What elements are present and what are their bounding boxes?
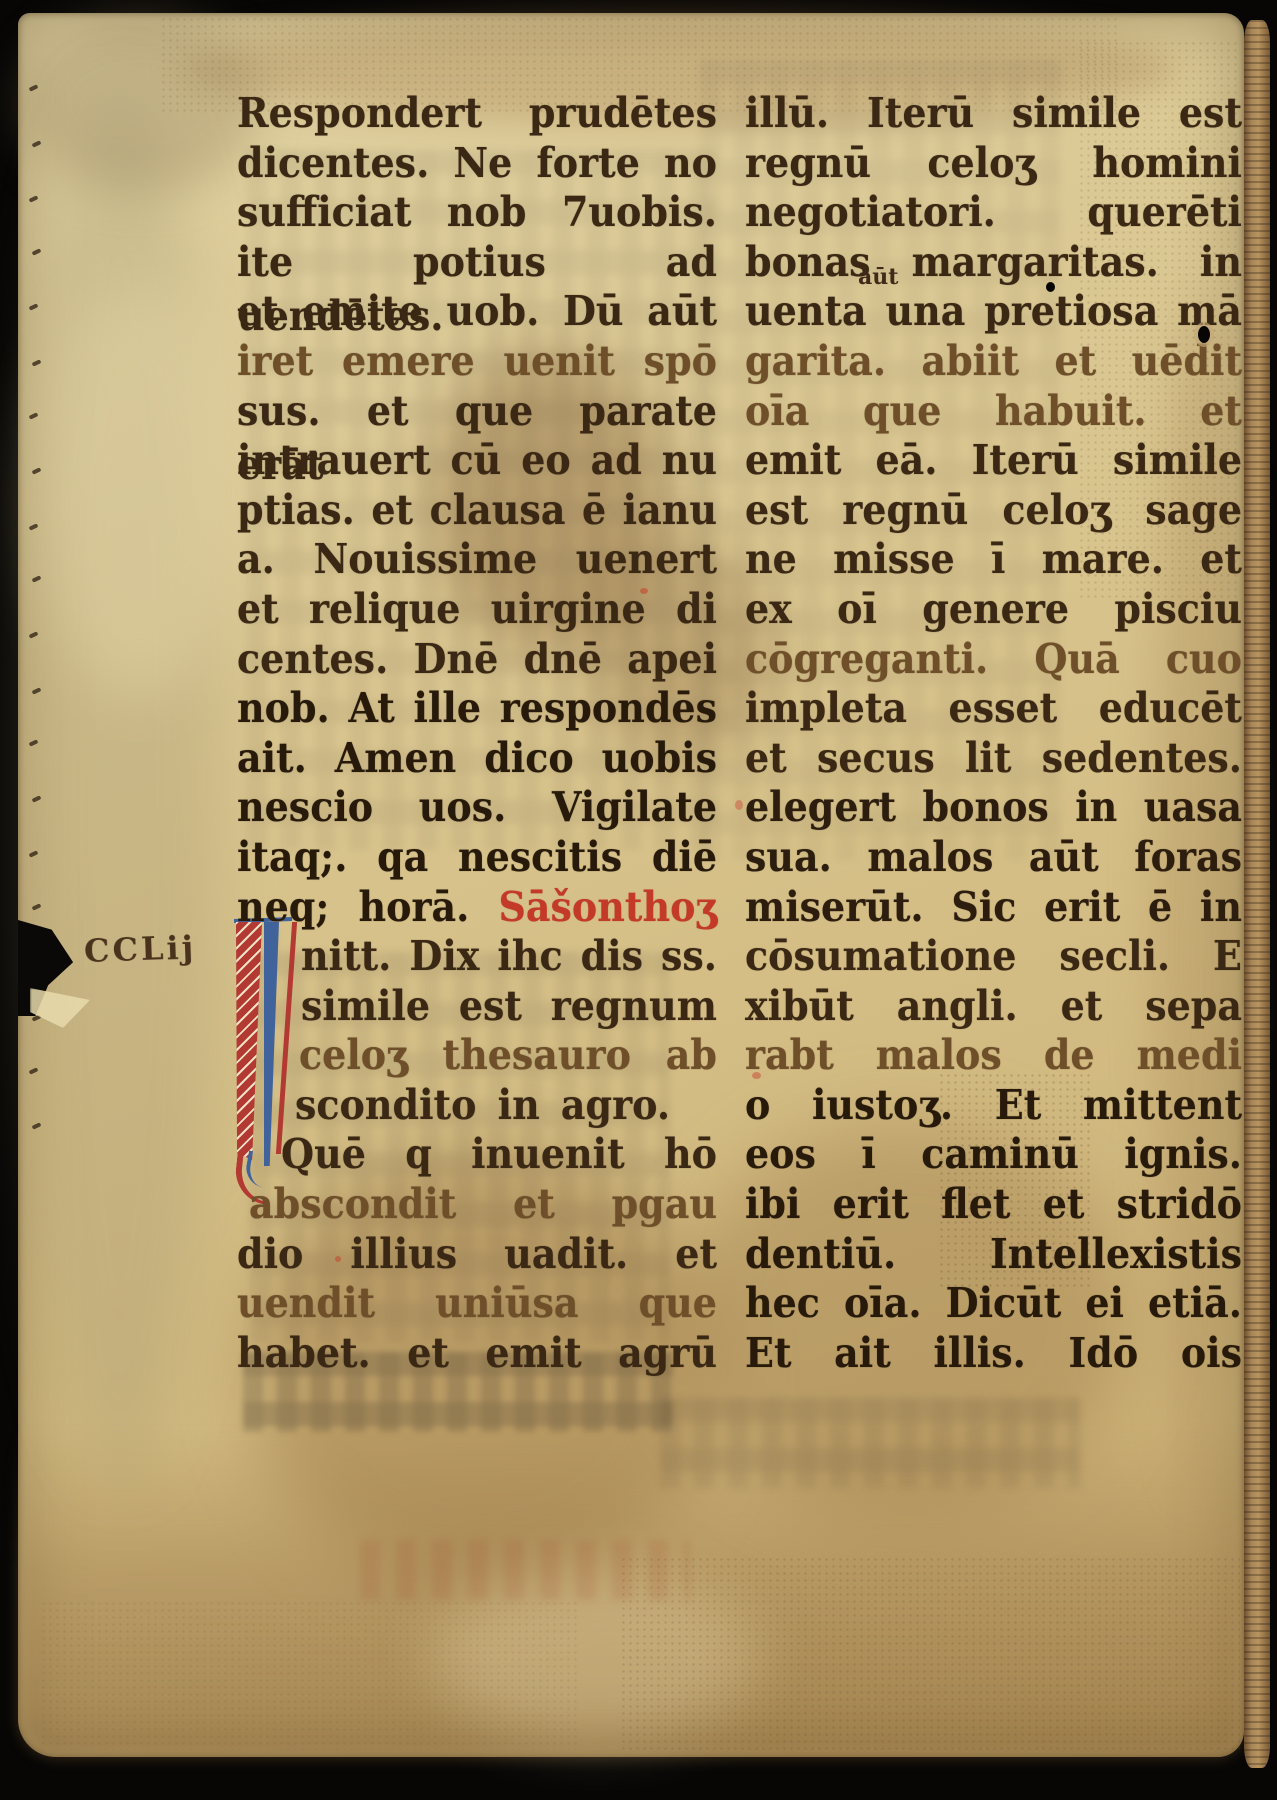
text-line: o iustoʒ. Et mittent	[745, 1078, 1242, 1132]
text-line: sua. malos aūt foras	[745, 830, 1242, 884]
red-speck	[752, 1072, 761, 1079]
text-line: nescio uos. Vigilate	[237, 780, 717, 834]
text-line: a. Nouissime uenert	[237, 532, 717, 586]
text-line: nitt. Dix ihc dis ss.	[237, 929, 717, 983]
text-line-content: nescio uos. Vigilate	[237, 782, 717, 831]
text-line: eos ī caminū ignis.	[745, 1127, 1242, 1181]
text-line: negotiatori. querēti	[745, 185, 1242, 239]
text-line-content: Quē q inuenit hō	[281, 1130, 717, 1179]
text-line: impleta esset educēt	[745, 681, 1242, 735]
text-line: ite potius ad uendētes.	[237, 235, 717, 289]
text-line-content: bonas margaritas. in	[745, 237, 1242, 286]
text-line: est regnū celoʒ sage	[745, 483, 1242, 537]
text-line: oīa que habuit. et	[745, 384, 1242, 438]
text-line-content: dio illius uadit. et	[237, 1229, 717, 1278]
text-line: iret emere uenit spō	[237, 334, 717, 388]
text-line: dentiū. Intellexistis	[745, 1227, 1242, 1281]
text-line: centes. Dnē dnē apei	[237, 632, 717, 686]
text-line: xibūt angli. et sepa	[745, 979, 1242, 1033]
text-line: dicentes. Ne forte no	[237, 136, 717, 190]
text-line: abscondit et pgau	[237, 1177, 717, 1231]
adjacent-folio-edge	[1244, 20, 1270, 1768]
chapter-number: CCLij	[83, 928, 196, 970]
rubric-text: Sāšonthoʒ	[498, 882, 717, 931]
text-line-content: iret emere uenit spō	[237, 336, 717, 385]
text-line: simile est regnum	[237, 979, 717, 1033]
text-line-content: sufficiat nob 7uobis.	[237, 187, 717, 236]
text-line-content: uenta una pretiosa mā	[745, 287, 1242, 336]
text-line-content: Et ait illis. Idō ois	[745, 1328, 1242, 1377]
text-line-content: ne misse ī mare. et	[745, 535, 1242, 584]
text-line-content: regnū celoʒ homini	[745, 138, 1242, 187]
text-line: bonas margaritas. in	[745, 235, 1242, 289]
text-line: neq; horā. Sāšonthoʒ	[237, 880, 717, 934]
red-speck	[640, 588, 648, 594]
text-line: sus. et que parate erāt	[237, 384, 717, 438]
text-line-content: dentiū. Intellexistis	[745, 1229, 1242, 1278]
text-line-content: emit eā. Iterū simile	[745, 435, 1242, 484]
text-line: Quē q inuenit hō	[237, 1127, 717, 1181]
text-line-content: abscondit et pgau	[249, 1179, 717, 1228]
text-line: sufficiat nob 7uobis.	[237, 185, 717, 239]
text-line: ne misse ī mare. et	[745, 532, 1242, 586]
text-line-content: nitt. Dix ihc dis ss.	[301, 931, 717, 980]
text-line-content: centes. Dnē dnē apei	[237, 634, 717, 683]
red-speck	[735, 800, 743, 810]
text-line: et secus lit sedentes.	[745, 731, 1242, 785]
text-line-content: miserūt. Sic erit ē in	[745, 882, 1242, 931]
text-line-content: a. Nouissime uenert	[237, 535, 717, 584]
text-column-left: Respondert prudētesdicentes. Ne forte no…	[237, 86, 717, 1375]
text-line: uenta una pretiosa mā	[745, 284, 1242, 338]
text-line-content: negotiatori. querēti	[745, 187, 1242, 236]
text-line-content: ex oī genere pisciu	[745, 584, 1242, 633]
text-line-content: ait. Amen dico uobis	[237, 733, 717, 782]
text-line-content: et emite uob. Dū aūt	[237, 287, 717, 336]
text-line-content: cōgreganti. Quā cuo	[745, 634, 1242, 683]
text-line: miserūt. Sic erit ē in	[745, 880, 1242, 934]
text-column-right: illū. Iterū simile estregnū celoʒ homini…	[745, 86, 1242, 1375]
text-line-content: elegert bonos in uasa	[745, 782, 1242, 831]
text-line: nob. At ille respondēs	[237, 681, 717, 735]
text-line: cōsumatione secli. E	[745, 929, 1242, 983]
text-line-content: est regnū celoʒ sage	[745, 485, 1242, 534]
text-line-content: oīa que habuit. et	[745, 386, 1242, 435]
text-line-content: neq; horā.	[237, 882, 498, 931]
text-line: hec oīa. Dicūt ei etiā.	[745, 1276, 1242, 1330]
text-line: garita. abiit et uēdit	[745, 334, 1242, 388]
text-line: emit eā. Iterū simile	[745, 433, 1242, 487]
text-line: ex oī genere pisciu	[745, 582, 1242, 636]
text-line-content: et secus lit sedentes.	[745, 733, 1242, 782]
text-line: ait. Amen dico uobis	[237, 731, 717, 785]
text-line-content: itaq;. qa nescitis diē	[237, 832, 717, 881]
text-line: ibi erit flet et stridō	[745, 1177, 1242, 1231]
ink-dot	[1046, 282, 1055, 292]
text-line: uendit uniūsa que	[237, 1276, 717, 1330]
text-line-content: garita. abiit et uēdit	[745, 336, 1242, 385]
text-line: et emite uob. Dū aūt	[237, 284, 717, 338]
text-line-content: impleta esset educēt	[745, 683, 1242, 732]
text-line: illū. Iterū simile est	[745, 86, 1242, 140]
text-line-content: cōsumatione secli. E	[745, 931, 1242, 980]
text-line: Et ait illis. Idō ois	[745, 1326, 1242, 1380]
text-line-content: ptias. et clausa ē ianu	[237, 485, 717, 534]
parchment-hole	[1198, 326, 1210, 343]
text-line-content: celoʒ thesauro ab	[299, 1030, 717, 1079]
text-line-content: o iustoʒ. Et mittent	[745, 1080, 1242, 1129]
text-line: elegert bonos in uasa	[745, 780, 1242, 834]
text-line-content: nob. At ille respondēs	[237, 683, 717, 732]
text-line-content: uendit uniūsa que	[237, 1278, 717, 1327]
text-line-content: dicentes. Ne forte no	[237, 138, 717, 187]
interlinear-gloss: aūt	[858, 264, 898, 290]
text-line-content: illū. Iterū simile est	[745, 88, 1242, 137]
text-line-content: sua. malos aūt foras	[745, 832, 1242, 881]
text-line: cōgreganti. Quā cuo	[745, 632, 1242, 686]
text-line: intrauert cū eo ad nu	[237, 433, 717, 487]
text-line-content: Respondert prudētes	[237, 88, 717, 137]
text-line-content: rabt malos de medi	[745, 1030, 1242, 1079]
text-line-content: simile est regnum	[301, 981, 717, 1030]
text-line: rabt malos de medi	[745, 1028, 1242, 1082]
text-line-content: scondito in agro.	[295, 1080, 670, 1129]
text-line: dio illius uadit. et	[237, 1227, 717, 1281]
text-line: habet. et emit agrū	[237, 1326, 717, 1380]
text-line: Respondert prudētes	[237, 86, 717, 140]
text-line-content: eos ī caminū ignis.	[745, 1130, 1242, 1179]
text-line-content: hec oīa. Dicūt ei etiā.	[745, 1278, 1242, 1327]
text-line: itaq;. qa nescitis diē	[237, 830, 717, 884]
text-line-content: ibi erit flet et stridō	[745, 1179, 1242, 1228]
text-line-content: habet. et emit agrū	[237, 1328, 717, 1377]
text-line: ptias. et clausa ē ianu	[237, 483, 717, 537]
text-line-content: intrauert cū eo ad nu	[237, 435, 717, 484]
text-line: regnū celoʒ homini	[745, 136, 1242, 190]
photo-backdrop: CCLij Respondert prudētesdicentes. Ne fo…	[0, 0, 1277, 1800]
text-line: scondito in agro.	[237, 1078, 717, 1132]
red-speck	[335, 1256, 341, 1262]
text-line: celoʒ thesauro ab	[237, 1028, 717, 1082]
text-line-content: xibūt angli. et sepa	[745, 981, 1242, 1030]
